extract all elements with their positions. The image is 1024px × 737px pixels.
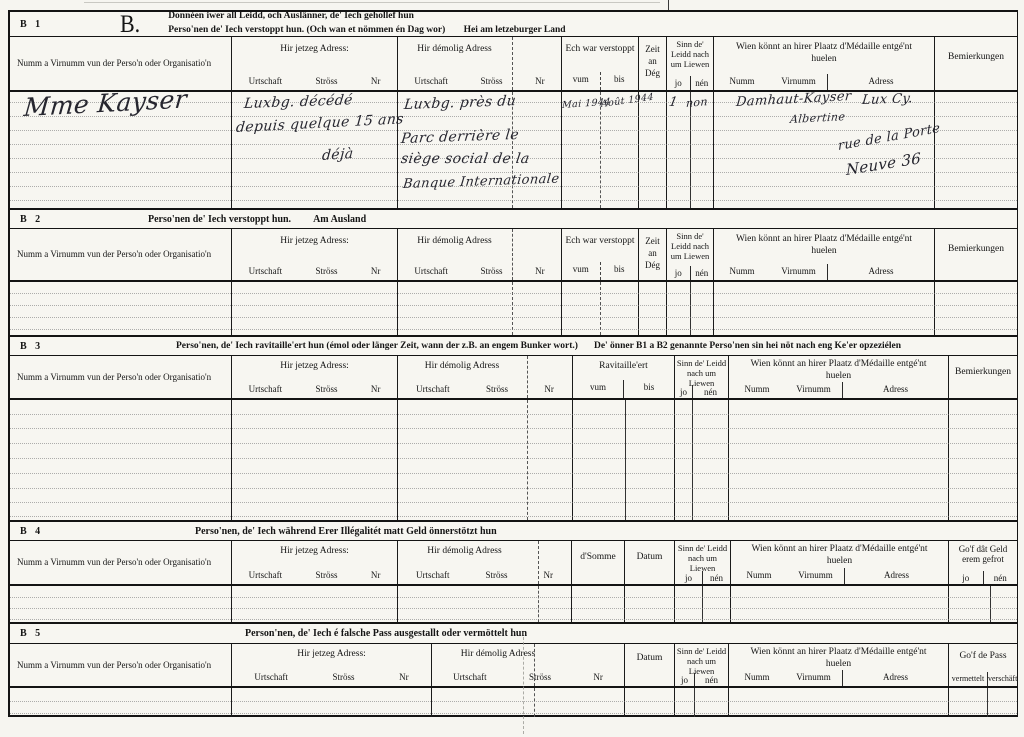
b5-title: Person'nen, de' Iech é falsche Pass ausg… <box>245 628 527 639</box>
col-header-still-alive: Sinn de' Leidd nach um Liewen jo nén <box>675 644 729 686</box>
b5-column-headers: Numm a Virnumm vun der Perso'n oder Orga… <box>10 644 1017 688</box>
nr-divider <box>527 356 528 398</box>
body-cell-money-returned <box>949 586 1017 622</box>
section-id: B 3 <box>10 341 120 352</box>
col-header-current-address: Hir jetzeg Adress: Urtschaft Ströss Nr <box>232 541 398 584</box>
section-b4: B 4 Perso'nen, de' Iech während Erer Ill… <box>10 520 1017 622</box>
col-header-current-address: Hir jetzeg Adress: Urtschaft Ströss Nr <box>232 644 432 686</box>
col-header-days: Zeit an Dég <box>639 229 667 280</box>
body-cell-current-address <box>232 586 398 622</box>
medal-subcols: Numm Virnumm Adress <box>714 74 934 90</box>
section-b2: B 2 Perso'nen de' Iech verstoppt hun. Am… <box>10 208 1017 335</box>
section-b2-title-band: B 2 Perso'nen de' Iech verstoppt hun. Am… <box>10 208 1017 229</box>
body-cell-former-address <box>398 586 572 622</box>
current-address-subcols: Urtschaft Ströss Nr <box>232 384 397 394</box>
current-address-subcols: Urtschaft Ströss Nr <box>232 76 397 86</box>
b1-title-right: Hei am letzeburger Land <box>464 25 566 35</box>
handwriting-alive-no: non <box>686 95 709 110</box>
section-b4-title-band: B 4 Perso'nen, de' Iech während Erer Ill… <box>10 520 1017 541</box>
former-address-subcols: Urtschaft Ströss Nr <box>398 570 571 580</box>
jo-nen-divider <box>692 400 693 520</box>
nr-divider <box>538 541 539 584</box>
col-header-remarks: Bemierkungen <box>949 356 1017 398</box>
body-cell-still-alive <box>675 400 729 520</box>
section-b5: B 5 Person'nen, de' Iech é falsche Pass … <box>10 622 1017 717</box>
scanned-form-page: B 1 B. Donnéen iwer all Leidd, och Auslä… <box>0 0 1024 737</box>
nr-divider <box>512 37 513 90</box>
vum-bis-divider <box>625 400 626 520</box>
nr-divider <box>512 92 513 208</box>
jo-nen-divider <box>690 282 691 335</box>
b3-title2: De' önner B1 a B2 genannte Perso'nen sin… <box>594 341 901 351</box>
section-b1-title-band: B 1 B. Donnéen iwer all Leidd, och Auslä… <box>10 10 1017 37</box>
b4-title: Perso'nen, de' Iech während Erer Illégal… <box>195 526 497 537</box>
b2-title: Perso'nen de' Iech verstoppt hun. <box>148 214 291 225</box>
hidden-period-subcols: vum bis <box>562 72 638 90</box>
pass-subcols: vermettelt verschäft <box>949 672 1017 686</box>
jo-nen-divider <box>702 586 703 622</box>
col-header-remarks: Bemierkungen <box>935 37 1017 90</box>
col-header-name: Numm a Virnumm vun der Perso'n oder Orga… <box>10 37 232 90</box>
col-header-former-address: Hir démolig Adress Urtschaft Ströss Nr <box>398 37 562 90</box>
col-header-days: Zeit an Dég <box>639 37 667 90</box>
col-header-former-address: Hir démolig Adress Urtschaft Ströss Nr <box>398 356 573 398</box>
nr-divider <box>512 282 513 335</box>
body-cell-former-address <box>398 282 562 335</box>
body-cell-still-alive <box>667 282 714 335</box>
col-header-name: Numm a Virnumm vun der Perso'n oder Orga… <box>10 356 232 398</box>
alive-subcols: jo nén <box>675 673 728 686</box>
former-address-subcols: Urtschaft Ströss Nr <box>398 266 561 276</box>
body-cell-name <box>10 400 232 520</box>
alive-subcols: jo nén <box>675 571 730 584</box>
big-letter-b: B. <box>120 9 140 39</box>
jo-nen-divider <box>990 586 991 622</box>
col-header-still-alive: Sinn de' Leidd nach um Liewen jo nén <box>667 37 714 90</box>
former-address-subcols: Urtschaft Ströss Nr <box>398 76 561 86</box>
col-header-supplied: Ravitaille'ert vum bis <box>573 356 675 398</box>
body-cell-hidden-period <box>562 282 639 335</box>
nr-divider <box>512 229 513 280</box>
col-header-money-returned: Go'f dât Geld erem gefrot jo nén <box>949 541 1017 584</box>
handwriting-current-address-3: déjà <box>321 146 354 164</box>
former-address-subcols: Urtschaft Ströss Nr <box>432 672 624 682</box>
scan-edge-line <box>84 2 660 3</box>
b2-column-headers: Numm a Virnumm vun der Perso'n oder Orga… <box>10 229 1017 282</box>
body-cell-supplied <box>573 400 675 520</box>
col-header-medal-recipient: Wien könnt an hirer Plaatz d'Médaille en… <box>729 356 949 398</box>
col-header-current-address: Hir jetzeg Adress: Urtschaft Ströss Nr <box>232 356 398 398</box>
hidden-period-subcols: vum bis <box>562 262 638 280</box>
vum-bis-divider <box>600 282 601 335</box>
col-header-former-address: Hir démolig Adress Urtschaft Ströss Nr <box>432 644 625 686</box>
body-cell-medal-recipient <box>729 400 949 520</box>
alive-subcols: jo nén <box>667 76 713 90</box>
body-cell-name <box>10 282 232 335</box>
col-header-medal-recipient: Wien könnt an hirer Plaatz d'Médaille en… <box>714 229 935 280</box>
col-header-date: Datum <box>625 644 675 686</box>
nr-divider <box>534 644 535 686</box>
nr-divider <box>527 400 528 520</box>
money-returned-subcols: jo nén <box>949 571 1017 584</box>
section-b1-titles: Donnéen iwer all Leidd, och Auslänner, d… <box>168 10 565 38</box>
supplied-subcols: vum bis <box>573 380 674 398</box>
section-id: B 1 <box>10 19 120 30</box>
col-header-name: Numm a Virnumm vun der Perso'n oder Orga… <box>10 644 232 686</box>
body-cell-days <box>639 92 667 208</box>
jo-nen-divider <box>694 688 695 717</box>
b4-body <box>10 586 1017 622</box>
medal-subcols: Numm Virnumm Adress <box>714 264 934 280</box>
col-header-hidden-period: Ech war verstoppt vum bis <box>562 229 639 280</box>
body-cell-former-address <box>432 688 625 717</box>
b1-title-line2-row: Perso'nen de' Iech verstoppt hun. (Och w… <box>168 24 565 38</box>
body-cell-remarks <box>949 400 1017 520</box>
handwriting-former-address-3: siège social de la <box>400 151 531 167</box>
b1-title-line1: Donnéen iwer all Leidd, och Auslänner, d… <box>168 10 565 24</box>
body-cell-name <box>10 586 232 622</box>
current-address-subcols: Urtschaft Ströss Nr <box>232 570 397 580</box>
col-header-name: Numm a Virnumm vun der Perso'n oder Orga… <box>10 541 232 584</box>
body-cell-current-address <box>232 688 432 717</box>
body-cell-date <box>625 586 675 622</box>
body-cell-date <box>625 688 675 717</box>
b1-column-headers: Numm a Virnumm vun der Perso'n oder Orga… <box>10 37 1017 92</box>
alive-subcols: jo nén <box>667 266 713 280</box>
medal-subcols: Numm Virnumm Adress <box>729 670 948 686</box>
current-address-subcols: Urtschaft Ströss Nr <box>232 672 431 682</box>
b1-title-line2: Perso'nen de' Iech verstoppt hun. (Och w… <box>168 25 445 35</box>
section-id: B 2 <box>10 214 120 225</box>
nr-divider <box>538 586 539 622</box>
body-cell-current-address <box>232 282 398 335</box>
col-header-pass-provided: Go'f de Pass vermettelt verschäft <box>949 644 1017 686</box>
col-header-remarks: Bemierkungen <box>935 229 1017 280</box>
body-cell-medal-recipient <box>731 586 949 622</box>
current-address-subcols: Urtschaft Ströss Nr <box>232 266 397 276</box>
body-cell-current-address <box>232 400 398 520</box>
handwriting-medal-address-1: Lux Cy. <box>861 91 914 108</box>
fold-line <box>523 632 524 734</box>
col-header-former-address: Hir démolig Adress Urtschaft Ströss Nr <box>398 229 562 280</box>
b5-body <box>10 688 1017 717</box>
body-cell-remarks <box>935 282 1017 335</box>
col-header-hidden-period: Ech war verstoppt vum bis <box>562 37 639 90</box>
col-header-still-alive: Sinn de' Leidd nach um Liewen jo nén <box>675 541 731 584</box>
vermettelt-verschaft-divider <box>987 688 988 717</box>
col-header-current-address: Hir jetzeg Adress: Urtschaft Ströss Nr <box>232 37 398 90</box>
col-header-former-address: Hir démolig Adress Urtschaft Ströss Nr <box>398 541 572 584</box>
col-header-medal-recipient: Wien könnt an hirer Plaatz d'Médaille en… <box>729 644 949 686</box>
col-header-amount: d'Somme <box>572 541 625 584</box>
col-header-date: Datum <box>625 541 675 584</box>
col-header-still-alive: Sinn de' Leidd nach um Liewen jo nén <box>675 356 729 398</box>
b2-subtitle: Am Ausland <box>313 214 366 225</box>
b3-title: Perso'nen, de' Iech ravitaille'ert hun (… <box>176 341 578 351</box>
body-cell-former-address <box>398 400 573 520</box>
body-cell-remarks <box>935 92 1017 208</box>
col-header-still-alive: Sinn de' Leidd nach um Liewen jo nén <box>667 229 714 280</box>
section-b3: B 3 Perso'nen, de' Iech ravitaille'ert h… <box>10 335 1017 520</box>
b3-body <box>10 400 1017 520</box>
body-cell-amount <box>572 586 625 622</box>
body-cell-still-alive <box>675 586 731 622</box>
section-id: B 5 <box>10 628 120 639</box>
body-cell-still-alive <box>675 688 729 717</box>
b2-body <box>10 282 1017 335</box>
col-header-name: Numm a Virnumm vun der Perso'n oder Orga… <box>10 229 232 280</box>
form-table: B 1 B. Donnéen iwer all Leidd, och Auslä… <box>8 10 1018 717</box>
b4-column-headers: Numm a Virnumm vun der Perso'n oder Orga… <box>10 541 1017 586</box>
section-b5-title-band: B 5 Person'nen, de' Iech é falsche Pass … <box>10 622 1017 644</box>
col-header-current-address: Hir jetzeg Adress: Urtschaft Ströss Nr <box>232 229 398 280</box>
section-id: B 4 <box>10 526 120 537</box>
b3-column-headers: Numm a Virnumm vun der Perso'n oder Orga… <box>10 356 1017 400</box>
section-b3-title-band: B 3 Perso'nen, de' Iech ravitaille'ert h… <box>10 335 1017 356</box>
medal-subcols: Numm Virnumm Adress <box>731 568 948 584</box>
col-header-medal-recipient: Wien könnt an hirer Plaatz d'Médaille en… <box>714 37 935 90</box>
col-header-medal-recipient: Wien könnt an hirer Plaatz d'Médaille en… <box>731 541 949 584</box>
nr-divider <box>534 688 535 717</box>
alive-subcols: jo nén <box>675 385 728 398</box>
body-cell-days <box>639 282 667 335</box>
medal-subcols: Numm Virnumm Adress <box>729 382 948 398</box>
body-cell-pass-provided <box>949 688 1017 717</box>
body-cell-medal-recipient <box>714 282 935 335</box>
body-cell-medal-recipient <box>729 688 949 717</box>
body-cell-name <box>10 688 232 717</box>
former-address-subcols: Urtschaft Ströss Nr <box>398 384 572 394</box>
